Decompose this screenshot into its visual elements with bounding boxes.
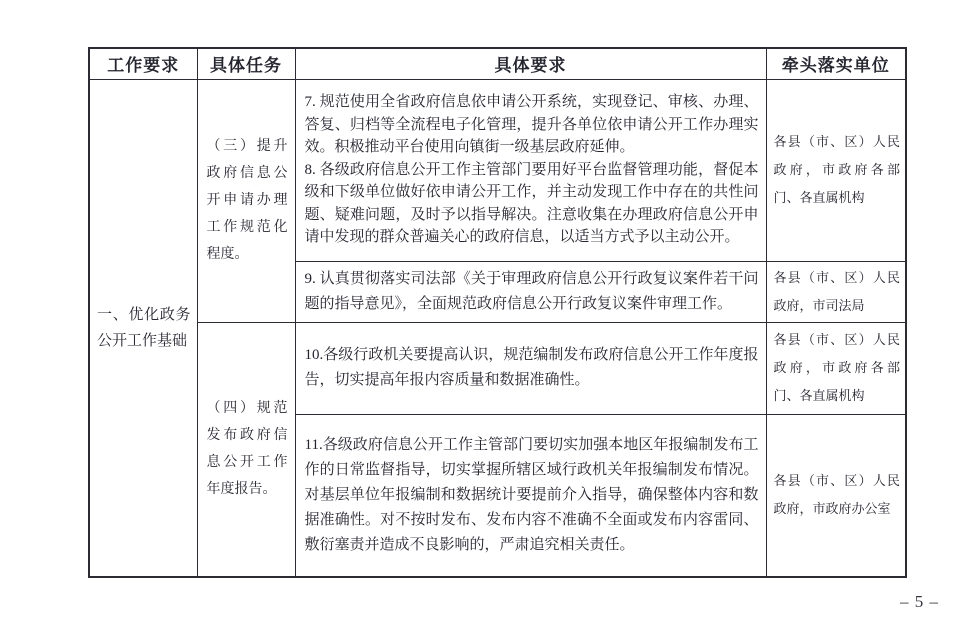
requirement-cell-9: 9. 认真贯彻落实司法部《关于审理政府信息公开行政复议案件若干问题的指导意见》，… <box>295 261 766 322</box>
requirement-paragraph-7: 7. 规范使用全省政府信息依申请公开系统，实现登记、审核、办理、答复、归档等全流… <box>305 91 759 159</box>
work-requirement-cell: 一、优化政务公开工作基础 <box>89 79 197 577</box>
header-work-requirement: 工作要求 <box>89 48 197 79</box>
document-page: 工作要求 具体任务 具体要求 牵头落实单位 一、优化政务公开工作基础 （三）提升… <box>0 0 977 634</box>
task-cell-4: （四）规范发布政府信息公开工作年度报告。 <box>197 322 295 577</box>
unit-cell-2: 各县（市、区）人民政府，市司法局 <box>766 261 906 322</box>
unit-cell-4: 各县（市、区）人民政府，市政府办公室 <box>766 414 906 577</box>
header-specific-task: 具体任务 <box>197 48 295 79</box>
work-requirements-table: 工作要求 具体任务 具体要求 牵头落实单位 一、优化政务公开工作基础 （三）提升… <box>88 47 907 578</box>
task-cell-3: （三）提升政府信息公开申请办理工作规范化程度。 <box>197 79 295 322</box>
requirement-paragraph-8: 8. 各级政府信息公开工作主管部门要用好平台监督管理功能，督促本级和下级单位做好… <box>305 159 759 249</box>
requirement-cell-11: 11.各级政府信息公开工作主管部门要切实加强本地区年报编制发布工作的日常监督指导… <box>295 414 766 577</box>
requirement-paragraph-10: 10.各级行政机关要提高认识，规范编制发布政府信息公开工作年度报告，切实提高年报… <box>305 343 759 393</box>
unit-cell-3: 各县（市、区）人民政府，市政府各部门、各直属机构 <box>766 322 906 414</box>
table-row: （四）规范发布政府信息公开工作年度报告。 10.各级行政机关要提高认识，规范编制… <box>89 322 906 414</box>
requirement-paragraph-11: 11.各级政府信息公开工作主管部门要切实加强本地区年报编制发布工作的日常监督指导… <box>305 433 759 558</box>
header-specific-requirement: 具体要求 <box>295 48 766 79</box>
requirement-cell-10: 10.各级行政机关要提高认识，规范编制发布政府信息公开工作年度报告，切实提高年报… <box>295 322 766 414</box>
table-header-row: 工作要求 具体任务 具体要求 牵头落实单位 <box>89 48 906 79</box>
page-number: – 5 – <box>900 592 939 612</box>
requirement-paragraph-9: 9. 认真贯彻落实司法部《关于审理政府信息公开行政复议案件若干问题的指导意见》，… <box>305 267 759 317</box>
requirement-cell-7-8: 7. 规范使用全省政府信息依申请公开系统，实现登记、审核、办理、答复、归档等全流… <box>295 79 766 261</box>
table-row: 一、优化政务公开工作基础 （三）提升政府信息公开申请办理工作规范化程度。 7. … <box>89 79 906 261</box>
header-lead-unit: 牵头落实单位 <box>766 48 906 79</box>
unit-cell-1: 各县（市、区）人民政府，市政府各部门、各直属机构 <box>766 79 906 261</box>
